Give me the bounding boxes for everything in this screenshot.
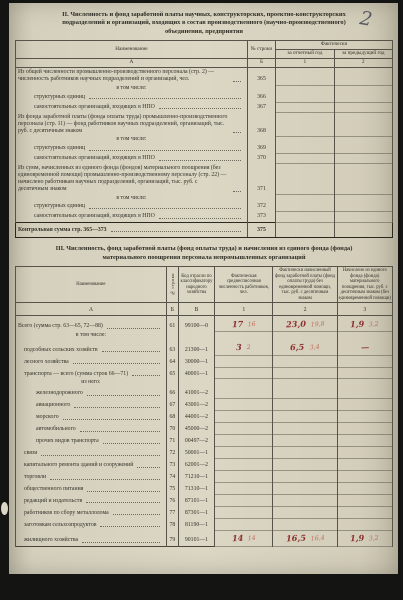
row-line-number: 375 — [247, 223, 275, 238]
handwritten-value: 6,5 — [290, 343, 305, 352]
col-header-incentive-fund: Начислено из единого фонда (фонда) матер… — [337, 266, 392, 302]
row-industry-code: 62001—2 — [178, 459, 214, 471]
row-line-number: 79 — [166, 530, 178, 546]
value-cell — [334, 202, 392, 212]
handwritten-correction: 3,2 — [369, 321, 379, 328]
dot-leader — [74, 407, 159, 408]
row-label: заготовкам сельхозпродуктов — [18, 522, 96, 529]
value-cell — [334, 212, 392, 223]
table-row: Из сумм, начисленных из единого фонда (ф… — [16, 164, 393, 195]
value-cell: 6,53,4 — [273, 340, 337, 355]
dot-leader — [89, 208, 241, 209]
section2-table: Наименование № строки Фактически за отче… — [15, 40, 393, 238]
table-subheader-row: в том числе: — [16, 85, 393, 92]
row-line-number: 73 — [166, 459, 178, 471]
dot-leader — [113, 514, 160, 515]
row-label: структурных единиц — [18, 203, 85, 210]
dot-leader — [80, 431, 160, 432]
handwritten-value: 1,9 — [350, 534, 365, 543]
dot-leader — [137, 467, 159, 468]
col-letter: А — [16, 303, 167, 316]
row-label: авиационного — [18, 402, 70, 409]
handwritten-value: 17 — [231, 320, 243, 329]
dot-leader — [41, 455, 160, 456]
table-subheader-row: в том числе: — [16, 136, 393, 143]
row-line-number: 71 — [166, 435, 178, 447]
value-cell — [337, 447, 392, 459]
value-cell: 1,93,2 — [337, 316, 392, 332]
col-letter: 1 — [276, 59, 334, 68]
col-header-fact: Фактически — [276, 41, 393, 50]
dot-leader — [89, 98, 241, 99]
row-label: структурных единиц — [18, 94, 85, 101]
value-cell — [334, 67, 392, 85]
value-cell: 1716 — [215, 316, 273, 332]
row-industry-code: 71210—1 — [178, 471, 214, 483]
col-header-headcount: Фактическая среднесписочная численность … — [215, 266, 273, 302]
col-letter: 2 — [273, 303, 337, 316]
table-row: структурных единиц 369 — [16, 143, 393, 153]
table-row: самостоятельных организаций, входящих в … — [16, 154, 393, 164]
row-label: Из фонда заработной платы (фонда оплаты … — [18, 114, 229, 135]
value-cell — [337, 367, 392, 379]
handwritten-correction: 2 — [247, 345, 251, 352]
value-cell — [215, 506, 273, 518]
row-line-number: 77 — [166, 506, 178, 518]
row-industry-code: 40001—1 — [178, 367, 214, 379]
value-cell — [337, 423, 392, 435]
section3-table: Наименование № строки Код отрасли по кла… — [15, 266, 393, 547]
value-cell — [337, 411, 392, 423]
row-label: Из общей численности промышленно-произво… — [18, 69, 229, 83]
row-label: морского — [18, 414, 59, 421]
dot-leader — [233, 132, 241, 133]
handwritten-value: 3 — [236, 343, 242, 351]
value-cell — [273, 423, 337, 435]
value-cell — [276, 67, 334, 85]
value-cell — [215, 355, 273, 367]
row-industry-code: 44001—2 — [178, 411, 214, 423]
row-label: прочих видов транспорта — [18, 438, 99, 445]
dot-leader — [111, 231, 241, 232]
value-cell — [215, 483, 273, 495]
value-cell — [276, 202, 334, 212]
value-cell — [276, 212, 334, 223]
row-label: из него: — [81, 379, 100, 386]
row-line-number: 65 — [166, 367, 178, 379]
row-line-number: 365 — [247, 67, 275, 85]
row-line-number: 66 — [166, 387, 178, 399]
row-label: работников по сбору металлолома — [18, 510, 109, 517]
value-cell — [276, 164, 334, 195]
col-header-report-year: за отчетный год — [276, 50, 334, 59]
section2-title: II. Численность и фонд заработной платы … — [45, 11, 363, 36]
column-letters-row: А Б В 1 2 3 — [16, 303, 393, 316]
table-row: общественного питания 75 71310—1 — [16, 483, 393, 495]
row-line-number: 76 — [166, 495, 178, 507]
handwritten-correction: 3,2 — [369, 536, 379, 543]
row-line-number: 68 — [166, 411, 178, 423]
row-label: капитального ремонта зданий и сооружений — [18, 462, 133, 469]
value-cell — [215, 367, 273, 379]
value-cell — [273, 447, 337, 459]
row-label: железнодорожного — [18, 390, 83, 397]
col-letter: 3 — [337, 303, 392, 316]
col-header-wage-fund: Фактически начисленный фонд заработной п… — [273, 266, 337, 302]
row-industry-code: 81190—1 — [178, 518, 214, 530]
value-cell — [337, 471, 392, 483]
col-letter: Б — [166, 303, 178, 316]
table-subheader-row: из него: — [16, 379, 393, 387]
dot-leader — [73, 363, 160, 364]
table-row: самостоятельных организаций, входящих в … — [16, 212, 393, 223]
row-line-number: 70 — [166, 423, 178, 435]
handwritten-page-number: 2 — [358, 7, 374, 31]
value-cell — [276, 223, 334, 238]
row-line-number: 368 — [247, 112, 275, 136]
row-line-number: 372 — [247, 202, 275, 212]
row-label: самостоятельных организаций, входящих в … — [18, 213, 155, 220]
value-cell — [273, 495, 337, 507]
row-industry-code: 41001—2 — [178, 387, 214, 399]
row-line-number: 373 — [247, 212, 275, 223]
row-industry-code: 21300—1 — [178, 340, 214, 355]
row-label: самостоятельных организаций, входящих в … — [18, 155, 155, 162]
value-cell — [215, 518, 273, 530]
table-row: торговли 74 71210—1 — [16, 471, 393, 483]
handwritten-correction: 14 — [248, 536, 256, 543]
column-letters-row: А Б 1 2 — [16, 59, 393, 68]
row-line-number: 367 — [247, 102, 275, 112]
row-label: автомобильного — [18, 426, 76, 433]
film-scratch-mark — [1, 502, 8, 515]
col-header-name: Наименование — [16, 266, 167, 302]
row-label: общественного питания — [18, 486, 83, 493]
value-cell — [273, 355, 337, 367]
col-letter: 2 — [334, 59, 392, 68]
row-industry-code: 87101—1 — [178, 495, 214, 507]
handwritten-correction: 19,8 — [310, 321, 324, 328]
row-line-number: 78 — [166, 518, 178, 530]
value-cell — [337, 459, 392, 471]
value-cell — [337, 355, 392, 367]
value-cell — [215, 447, 273, 459]
handwritten-correction: 16 — [248, 321, 256, 328]
row-label: подсобных сельских хозяйств — [18, 347, 98, 354]
row-line-number: 75 — [166, 483, 178, 495]
value-cell: 1414 — [215, 530, 273, 546]
row-label: Контрольная сумма стр. 365—373 — [18, 227, 107, 234]
handwritten-value: 1,9 — [350, 319, 365, 328]
table-row: автомобильного 70 45000—2 — [16, 423, 393, 435]
dot-leader — [87, 395, 160, 396]
table-row: структурных единиц 366 — [16, 92, 393, 102]
control-sum-row: Контрольная сумма стр. 365—373 375 — [16, 223, 393, 238]
table-subheader-row: в том числе: — [16, 195, 393, 202]
row-line-number: 369 — [247, 143, 275, 153]
dot-leader — [233, 191, 241, 192]
dot-leader — [107, 328, 160, 329]
dot-leader — [233, 81, 241, 82]
table-row: самостоятельных организаций, входящих в … — [16, 102, 393, 112]
table-row: транспорта — всего (сумма строк 66—71) 6… — [16, 367, 393, 379]
value-cell — [337, 387, 392, 399]
table-row: капитального ремонта зданий и сооружений… — [16, 459, 393, 471]
table-row: подсобных сельских хозяйств 63 21300—1 3… — [16, 340, 393, 355]
value-cell — [276, 143, 334, 153]
row-label: лесного хозяйства — [18, 359, 69, 366]
dot-leader — [103, 443, 160, 444]
dot-leader — [82, 542, 160, 543]
value-cell — [273, 387, 337, 399]
table-row: Из фонда заработной платы (фонда оплаты … — [16, 112, 393, 136]
table-row: морского 68 44001—2 — [16, 411, 393, 423]
value-cell — [273, 471, 337, 483]
col-header-prev-year: за предыдущий год — [334, 50, 392, 59]
value-cell — [215, 459, 273, 471]
value-cell — [215, 399, 273, 411]
value-cell — [215, 471, 273, 483]
row-line-number: 64 — [166, 355, 178, 367]
value-cell — [273, 435, 337, 447]
value-cell — [276, 102, 334, 112]
value-cell — [337, 483, 392, 495]
row-industry-code: 90101—1 — [178, 530, 214, 546]
handwritten-value: 23,0 — [286, 319, 306, 328]
value-cell — [276, 92, 334, 102]
value-cell: 32 — [215, 340, 273, 355]
row-industry-code: 50001—1 — [178, 447, 214, 459]
handwritten-correction: 16,4 — [310, 536, 324, 543]
value-cell — [334, 112, 392, 136]
dot-leader — [159, 108, 241, 109]
dot-leader — [89, 150, 241, 151]
dot-leader — [159, 218, 241, 219]
value-cell — [334, 143, 392, 153]
row-label: структурных единиц — [18, 145, 85, 152]
value-cell: 1,93,2 — [337, 530, 392, 546]
row-line-number: 74 — [166, 471, 178, 483]
dot-leader — [87, 491, 159, 492]
col-letter: В — [178, 303, 214, 316]
dot-leader — [132, 375, 160, 376]
row-label: редакций и издательств — [18, 498, 82, 505]
dot-leader — [102, 351, 160, 352]
value-cell — [215, 423, 273, 435]
value-cell — [334, 154, 392, 164]
dot-leader — [86, 502, 160, 503]
dot-leader — [100, 526, 159, 527]
row-line-number: 67 — [166, 399, 178, 411]
row-label: в том числе: — [76, 332, 106, 339]
value-cell — [276, 112, 334, 136]
handwritten-value: 14 — [231, 534, 243, 543]
row-line-number: 63 — [166, 340, 178, 355]
table-header-row: Наименование № строки Фактически — [16, 41, 393, 50]
table-subheader-row: в том числе: — [16, 332, 393, 340]
value-cell — [273, 411, 337, 423]
value-cell — [273, 399, 337, 411]
section3-title: III. Численность, фонд заработной платы … — [54, 245, 354, 262]
handwritten-value: — — [361, 343, 369, 351]
row-label: в том числе: — [116, 195, 146, 202]
table-row: лесного хозяйства 64 30000—1 — [16, 355, 393, 367]
row-industry-code: 30000—1 — [178, 355, 214, 367]
table-row: работников по сбору металлолома 77 87301… — [16, 506, 393, 518]
value-cell — [334, 92, 392, 102]
col-letter: А — [16, 59, 248, 68]
value-cell — [215, 435, 273, 447]
table-row: редакций и издательств 76 87101—1 — [16, 495, 393, 507]
row-industry-code: 87301—1 — [178, 506, 214, 518]
table-row: связи 72 50001—1 — [16, 447, 393, 459]
col-letter: Б — [247, 59, 275, 68]
dot-leader — [63, 419, 160, 420]
row-line-number: 72 — [166, 447, 178, 459]
row-label: транспорта — всего (сумма строк 66—71) — [18, 371, 128, 378]
table-row: прочих видов транспорта 71 00497—2 — [16, 435, 393, 447]
value-cell — [334, 102, 392, 112]
table-row: Из общей численности промышленно-произво… — [16, 67, 393, 85]
row-label: в том числе: — [116, 136, 146, 143]
dot-leader — [50, 479, 160, 480]
value-cell — [273, 459, 337, 471]
row-line-number: 370 — [247, 154, 275, 164]
col-header-name: Наименование — [16, 41, 248, 59]
value-cell — [273, 483, 337, 495]
col-header-line-no: № строки — [166, 266, 178, 302]
value-cell — [215, 495, 273, 507]
value-cell: — — [337, 340, 392, 355]
table-row: структурных единиц 372 — [16, 202, 393, 212]
row-industry-code: 45000—2 — [178, 423, 214, 435]
value-cell — [334, 223, 392, 238]
row-label: самостоятельных организаций, входящих в … — [18, 104, 155, 111]
col-header-industry-code: Код отрасли по классификатору народного … — [178, 266, 214, 302]
row-industry-code: 43001—2 — [178, 399, 214, 411]
value-cell: 23,019,8 — [273, 316, 337, 332]
handwritten-value: 16,5 — [286, 534, 306, 543]
row-label: в том числе: — [116, 85, 146, 92]
row-label: Всего (сумма стр. 63—65, 72—88) — [18, 323, 103, 330]
row-line-number: 61 — [166, 316, 178, 332]
table-row: заготовкам сельхозпродуктов 78 81190—1 — [16, 518, 393, 530]
row-label: жилищного хозяйства — [18, 537, 78, 544]
row-label: торговли — [18, 474, 46, 481]
value-cell — [337, 518, 392, 530]
row-line-number: 366 — [247, 92, 275, 102]
paper-sheet: 2 II. Численность и фонд заработной плат… — [9, 3, 398, 574]
table-row: жилищного хозяйства 79 90101—1 1414 16,5… — [16, 530, 393, 546]
table-row: Всего (сумма стр. 63—65, 72—88) 61 99100… — [16, 316, 393, 332]
table-header-row: Наименование № строки Код отрасли по кла… — [16, 266, 393, 302]
value-cell — [334, 164, 392, 195]
col-header-line-no: № строки — [247, 41, 275, 59]
row-line-number: 371 — [247, 164, 275, 195]
scanned-document-page: 2 II. Численность и фонд заработной плат… — [0, 0, 403, 600]
value-cell — [273, 518, 337, 530]
value-cell — [215, 411, 273, 423]
value-cell — [337, 435, 392, 447]
value-cell — [273, 367, 337, 379]
value-cell — [337, 399, 392, 411]
value-cell — [276, 154, 334, 164]
row-industry-code: 00497—2 — [178, 435, 214, 447]
row-label: Из сумм, начисленных из единого фонда (ф… — [18, 165, 229, 193]
value-cell — [337, 495, 392, 507]
dot-leader — [159, 160, 241, 161]
table-row: авиационного 67 43001—2 — [16, 399, 393, 411]
value-cell — [337, 506, 392, 518]
handwritten-correction: 3,4 — [309, 345, 319, 352]
row-industry-code: 99100—0 — [178, 316, 214, 332]
value-cell: 16,516,4 — [273, 530, 337, 546]
value-cell — [273, 506, 337, 518]
row-label: связи — [18, 450, 37, 457]
table-row: железнодорожного 66 41001—2 — [16, 387, 393, 399]
row-industry-code: 71310—1 — [178, 483, 214, 495]
col-letter: 1 — [215, 303, 273, 316]
value-cell — [215, 387, 273, 399]
